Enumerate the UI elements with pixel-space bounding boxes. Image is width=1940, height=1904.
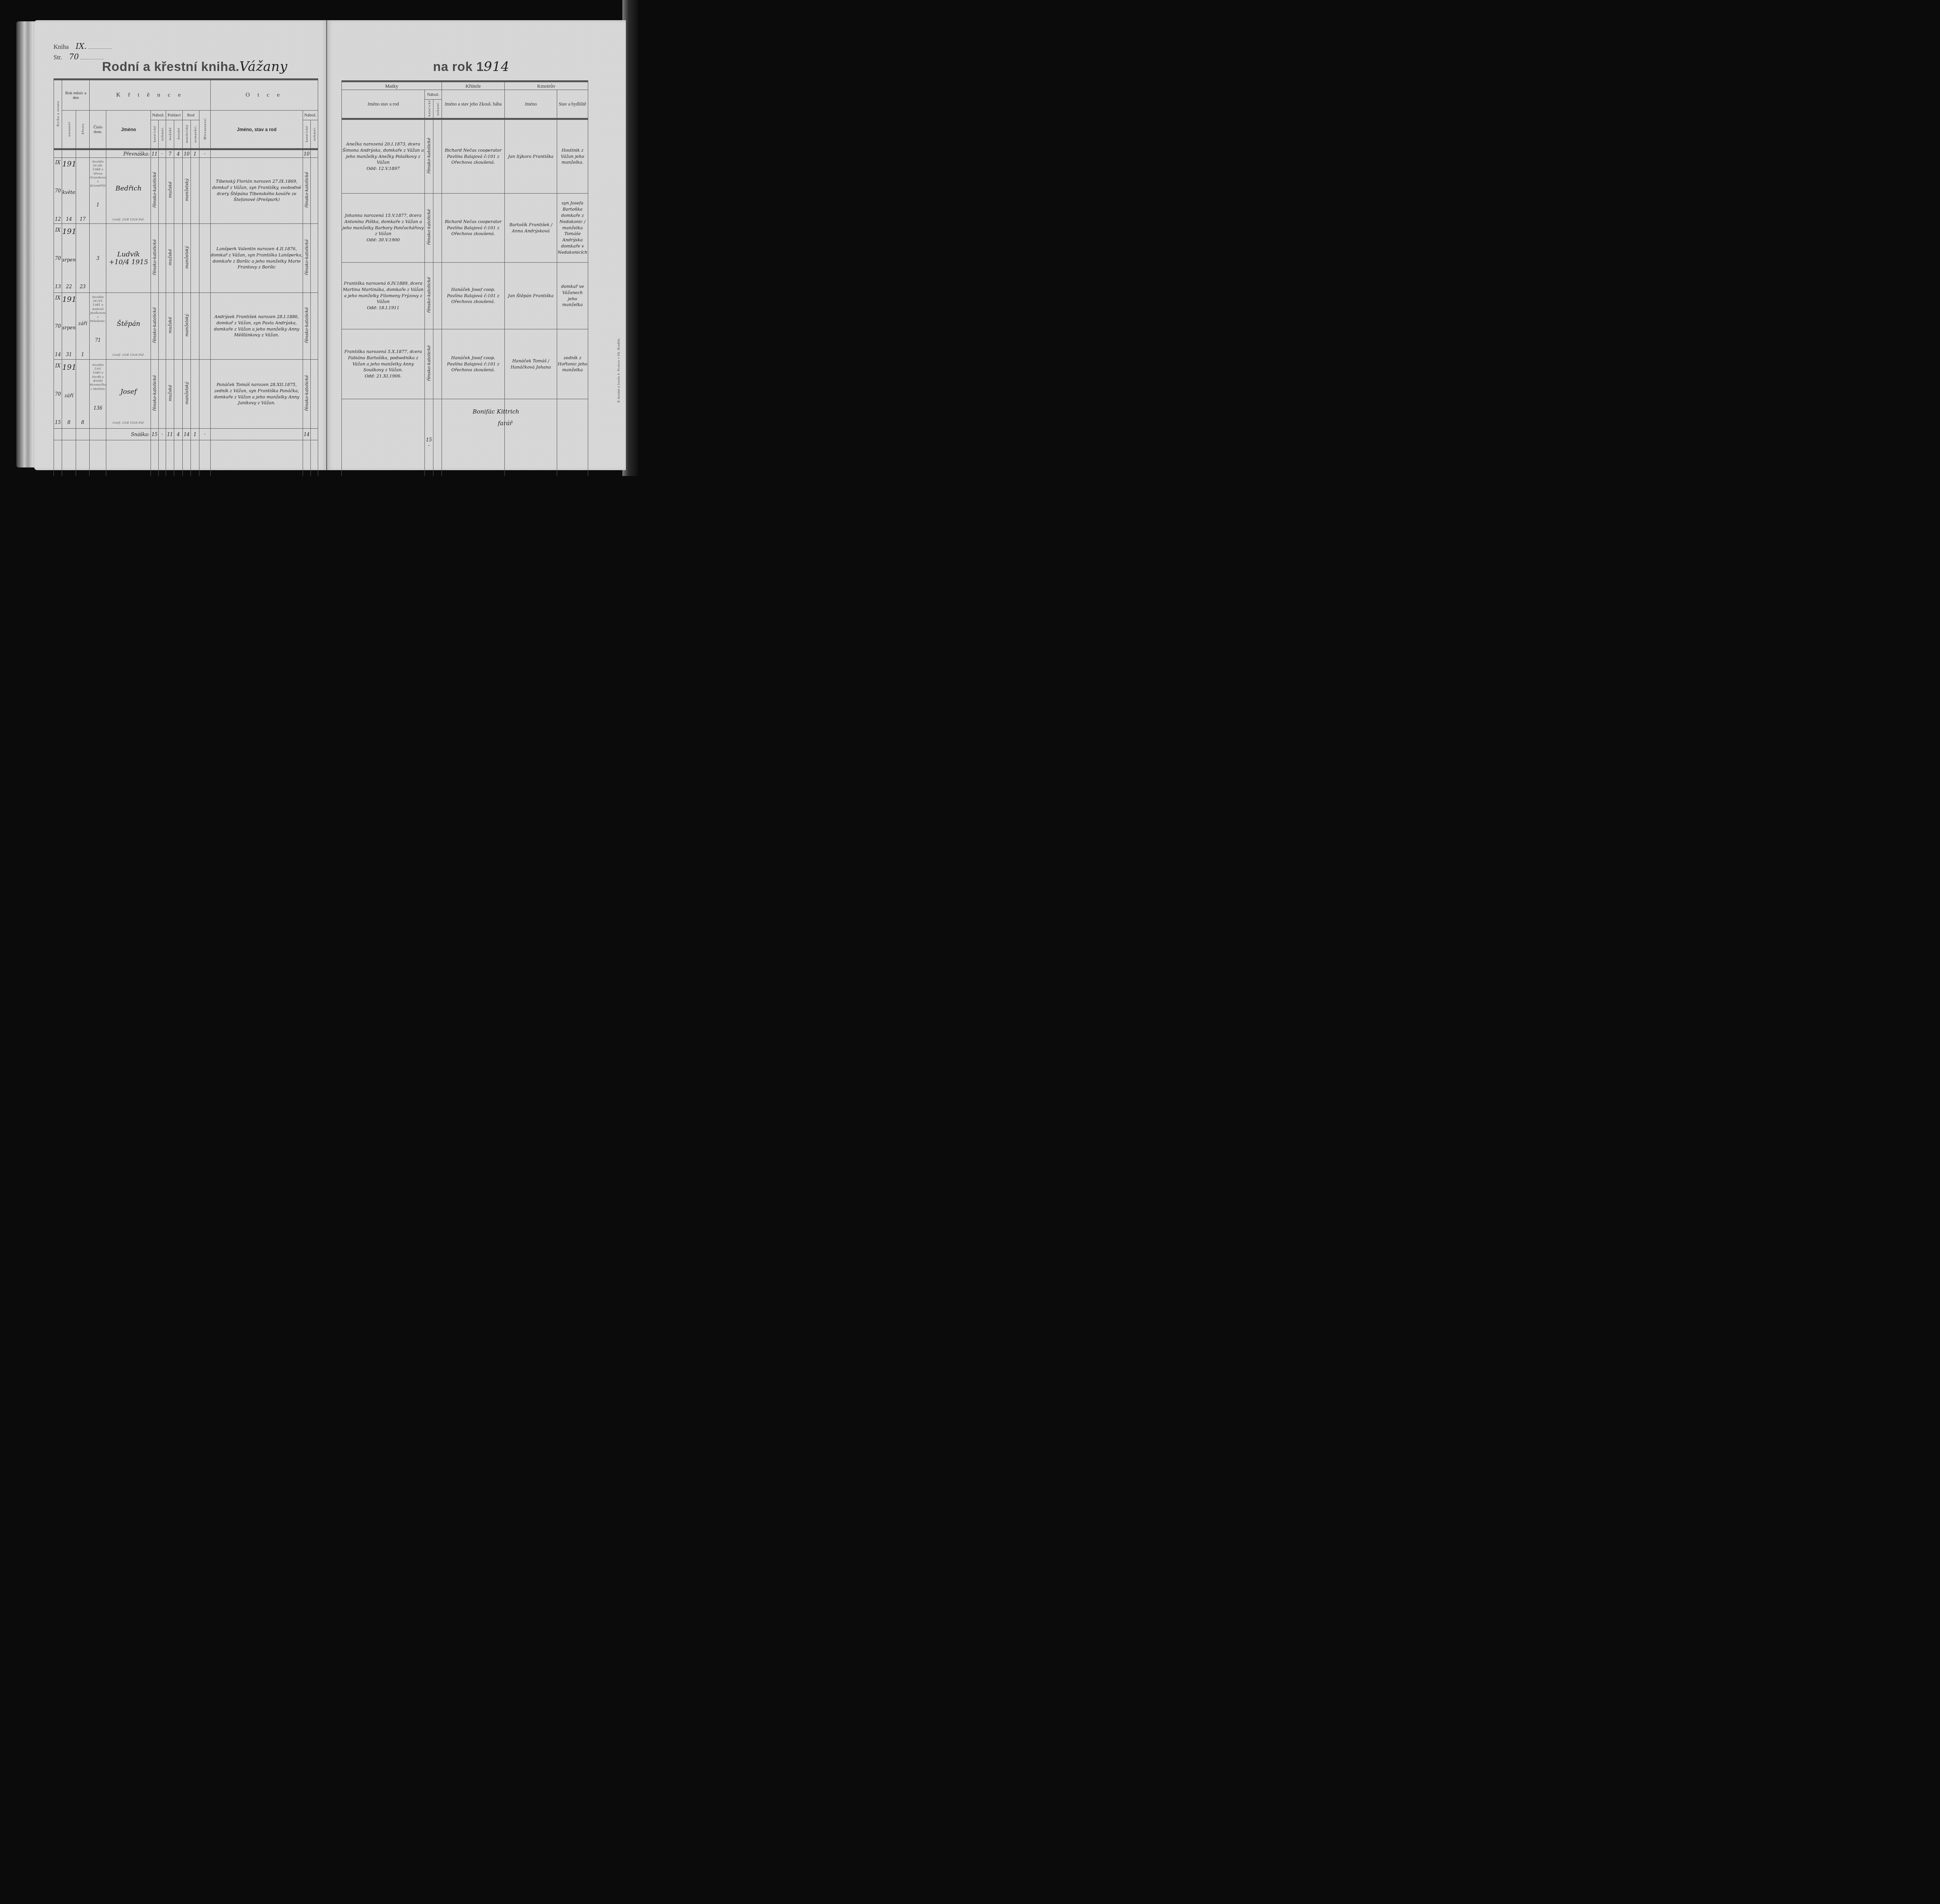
carry-over-otec-katol: 10 [303,149,310,158]
header-naboz: Nábož. [151,111,166,120]
entry-oddani: Odd: 18.I.1911 [367,305,400,310]
entry-matka: Františka narozená 6.IV.1889, dcera Mart… [343,281,424,305]
header-matka-katolicke: katolické [427,100,431,116]
left-page: KnihaIX. Str.70 Rodní a křestní kniha.Vá… [34,20,327,470]
header-otec-naboz: Nábož. [303,111,318,120]
title-year-hand: 914 [484,59,509,74]
baptism-table-right: Matky Křtitele Kmotrův Jméno stav a rod … [341,80,588,476]
header-rod: Rod [182,111,199,120]
totals-mrtvo: · [199,429,210,440]
table-row: Johanna narozená 15.V.1877, dcera Antoní… [342,194,588,263]
entry-kmotr-stav: domkař ve Vážanech jeho manželka [557,263,588,329]
entry-otec: Tibenský Florián narozen 27.IX.1869, dom… [210,158,303,224]
header-kmotr-jmeno: Jméno [505,90,557,119]
header-katolicke: katolické [152,126,156,142]
entry-den-narozeni: 31 [62,352,75,357]
header-krestu: křestu [81,123,85,134]
entry-jmeno: Josef [106,388,151,396]
entry-pohlavi: mužské [168,182,173,198]
page-title-left: Rodní a křestní kniha.Vážany [102,59,288,74]
header-otec-nekatol: nekatol. [312,126,316,141]
table-row: Františka narozená 5.X.1877, dcera Fabiá… [342,329,588,399]
entry-den-krestu: 8 [76,420,89,425]
priest-signature: Bonifác Kittrich [473,408,519,415]
entry-otec-naboz: římsko-katolické [304,172,309,208]
entry-cislo-domu: 1 [90,202,106,208]
entry-nabozenstvi: římsko-katolické [152,239,157,275]
entry-strana: 70 [54,391,62,397]
entry-kmotr-jmeno: Jan Sýkora Františka [505,119,557,194]
header-otce: O t c e [210,80,318,111]
header-matka-naboz: Nábož. [425,90,442,100]
header-kmotr-stav: Stav a bydliště [557,90,588,119]
entry-rod: manželský [184,382,189,404]
totals-nemanzel: 1 [191,429,199,440]
totals-katol: 15 [151,429,158,440]
entry-rok: 1914 [62,295,75,304]
entry-cislo-domu: 71 [90,338,106,343]
printer-imprint: K dostání u Josefa A. Prokese v Uh. Hrad… [617,338,620,403]
entry-kniha: IX [54,160,62,165]
entry-pohlavi: mužské [168,385,173,401]
carry-over-mrtvo: · [199,149,210,158]
entry-cislo-domu: 3 [90,256,106,261]
entry-note: Sezdán 1/VI. 1940 v Derfli s Emilií Hrom… [90,363,106,391]
totals-matka-katol: 15 - [425,399,433,476]
entry-den-narozeni: 8 [62,420,75,425]
table-row: IX7015 1914září8 8 Sezdán 1/VI. 1940 v D… [54,360,318,429]
table-row: IX7014 1914srpen31 září1 Sezdán 28./VI. … [54,293,318,360]
entry-mesic: srpen [62,325,75,331]
entry-confirmation: Conf: 25/4 1926 Pol. [106,421,151,425]
header-pohlavi: Pohlaví [166,111,182,120]
entry-confirmation: Conf: 25/4 1926 Pol. [106,353,151,357]
title-printed: Rodní a křestní kniha. [102,59,239,74]
entry-matka-naboz: římsko-katolické [426,138,431,174]
header-matky: Matky [342,81,442,90]
header-cislo-dom: Číslo dom. [90,111,106,149]
entry-rok: 1914 [62,227,75,236]
entry-matka: Johanna narozená 15.V.1877, dcera Antoní… [343,213,424,237]
entry-matka-naboz: římsko-katolické [426,277,431,313]
header-narozeni: narození [67,121,71,137]
carry-over-muzske: 7 [166,149,174,158]
entry-oddani: Odd: 12.V.1897 [367,166,400,171]
entry-den-narozeni: 14 [62,216,75,222]
entry-rod: manželský [184,246,189,268]
table-row: IX7012 1914květen14 17 Sezdán 30./IX. 19… [54,158,318,224]
entry-kmotr-jmeno: Hanáček Tomáš / Hanáčková Johana [505,329,557,399]
carry-over-manzel: 10 [182,149,191,158]
entry-baba: Pavlína Balajová č:101 z Ořechova zkouše… [447,225,499,237]
kniha-value: IX. [76,42,87,51]
entry-nabozenstvi: římsko-katolické [152,375,157,411]
header-matka-nekatol: nekatol. [436,101,440,116]
header-muzske: mužské [168,127,172,140]
totals-label: Snáška: [106,429,151,440]
entry-jmeno: Štěpán [106,320,151,328]
header-krtitele: Křtitele [442,81,505,90]
kniha-label: Kniha [54,44,69,50]
carry-over-nekatol: · [158,149,166,158]
entry-krtitel: Richard Nečas cooperator [445,148,501,153]
entry-nabozenstvi: římsko-katolické [152,307,157,343]
totals-row: 15 - [342,399,588,476]
header-manzelsky: manželský [185,125,189,143]
carry-over-row: Převnáška: 11 · 7 4 10 1 · 10 [54,149,318,158]
carry-over-katol: 11 [151,149,158,158]
entry-rok: 1914 [62,160,75,168]
header-otec-jmeno: Jméno, stav a rod [210,111,303,149]
entry-jmeno: Ludvík [117,251,140,258]
header-zenske: ženské [177,128,180,140]
carry-over-label: Převnáška: [106,149,151,158]
header-nemanzel: nemanžel. [193,125,197,143]
entry-poradi: 15 [54,420,62,425]
entry-krtitel: Hanáček Josef coop. [451,355,495,360]
header-kniha-strana: Kniha a strana [56,101,60,126]
entry-kniha: IX [54,295,62,301]
header-otec-katolicke: katolické [305,126,308,142]
totals-row: Snáška: 15 · 11 4 14 1 · 14 [54,429,318,440]
entry-kniha: IX [54,227,62,233]
table-row: Františka narozená 6.IV.1889, dcera Mart… [342,263,588,329]
header-krtence: K ř t ě n c e [90,80,210,111]
entry-pohlavi: mužské [168,317,173,333]
entry-strana: 70 [54,188,62,194]
entry-oddani: Odd: 21.XI.1906. [365,374,402,379]
entry-jmeno: Bedřich [106,185,151,192]
entry-mesic: květen [62,190,75,195]
entry-death-note: +10/4 1915 [109,258,148,266]
entry-den-krestu: 23 [76,284,89,289]
entry-den-narozeni: 22 [62,284,75,289]
entry-confirmation: Conf: 25/4 1926 Pol. [106,218,151,222]
entry-poradi: 13 [54,284,62,289]
totals-manzel: 14 [182,429,191,440]
baptism-table-left: Kniha a strana Rok měsíc a den K ř t ě n… [54,78,318,476]
entry-pohlavi: mužské [168,249,173,265]
entry-kmotr-jmeno: Bartošík František / Anna Andrýsková [505,194,557,263]
header-kmotruv: Kmotrův [505,81,588,90]
entry-rok: 1914 [62,363,75,372]
entry-den-krestu: 17 [76,216,89,222]
table-row: Anežka narozená 20.I.1873, dcera Šimona … [342,119,588,194]
entry-baba: Pavlína Balajová č:101 z Ořechova zkouše… [447,362,499,373]
header-matka-jmeno: Jméno stav a rod [342,90,425,119]
entry-rod: manželský [184,178,189,201]
table-row: IX7013 1914srpen22 23 3 Ludvík+10/4 1915… [54,224,318,293]
kniha-field: KnihaIX. [54,42,112,51]
totals-muzske: 11 [166,429,174,440]
entry-matka: Františka narozená 5.X.1877, dcera Fabiá… [344,349,422,373]
title-year-printed: na rok 1 [433,59,484,74]
entry-den-krestu: 1 [76,352,89,357]
entry-krtitel: Richard Nečas cooperator [445,219,501,224]
str-value: 70 [69,52,79,61]
entry-otec: Andrýsek František narozen 28.I.1886, do… [210,293,303,360]
header-krtitel-jmeno: Jméno a stav jeho Zkouš. bába [442,90,505,119]
entry-note: Sezdán 28./VI. 1941 s Antonií Janíkovou … [90,295,106,324]
totals-zenske: 4 [174,429,182,440]
entry-strana: 70 [54,256,62,261]
right-page: na rok 1914 Matky Křtitele Kmotrův Jméno… [327,20,626,470]
totals-nekatol: · [158,429,166,440]
entry-nabozenstvi: římsko-katolické [152,172,157,208]
entry-mesic: září [62,393,75,398]
entry-mesic: srpen [62,257,75,263]
priest-title: farář [498,420,513,427]
header-nekatol: nekatol. [160,126,164,141]
entry-oddani: Odd: 30.V.1900 [367,237,400,242]
entry-matka-naboz: římsko-katolické [426,209,431,245]
carry-over-nemanzel: 1 [191,149,199,158]
str-label: Str. [54,54,62,61]
carry-over-zenske: 4 [174,149,182,158]
entry-otec-naboz: římsko-katolické [304,307,309,343]
entry-kniha: IX [54,363,62,369]
entry-mesic-krestu: září [76,321,89,326]
entry-otec: Lanšperk Valentin narozen 4.II.1876, dom… [210,224,303,293]
entry-cislo-domu: 136 [90,405,106,411]
entry-kmotr-stav: zedník z Hořtonic jeho manželka [557,329,588,399]
str-field: Str.70 [54,52,104,61]
title-place: Vážany [239,59,288,74]
entry-otec: Panáček Tomáš narozen 28.XII.1875, zední… [210,360,303,429]
header-mrtvorozeni: Mrtvorození [203,118,207,140]
entry-baba: Pavlína Balajová č:101 z Ořechova zkouše… [447,154,499,165]
entry-baba: Pavlína Balajová č:101 z Ořechova zkouše… [447,293,499,305]
entry-rod: manželský [184,314,189,336]
entry-strana: 70 [54,324,62,329]
entry-poradi: 14 [54,352,62,357]
header-rok-mesic-den: Rok měsíc a den [62,80,90,111]
entry-matka: Anežka narozená 20.I.1873, dcera Šimona … [343,142,424,165]
entry-otec-naboz: římsko-katolické [304,239,309,275]
entry-note: Sezdán 30./IX. 1944 s Věrou Grunikovou v… [90,160,106,188]
header-jmeno: Jméno [106,111,151,149]
entry-matka-naboz: římsko-katolické [426,345,431,381]
entry-kmotr-jmeno: Jan Štěpán Františka [505,263,557,329]
entry-otec-naboz: římsko-katolické [304,375,309,411]
entry-kmotr-stav: syn Josefa Bartoňka domkaře z Nedakonic … [557,194,588,263]
entry-kmotr-stav: Hostinik z Vážan jeho manželka. [557,119,588,194]
page-title-right: na rok 1914 [433,59,509,74]
entry-krtitel: Hanáček Josef coop. [451,287,495,292]
totals-otec-katol: 14 [303,429,310,440]
entry-poradi: 12 [54,216,62,222]
